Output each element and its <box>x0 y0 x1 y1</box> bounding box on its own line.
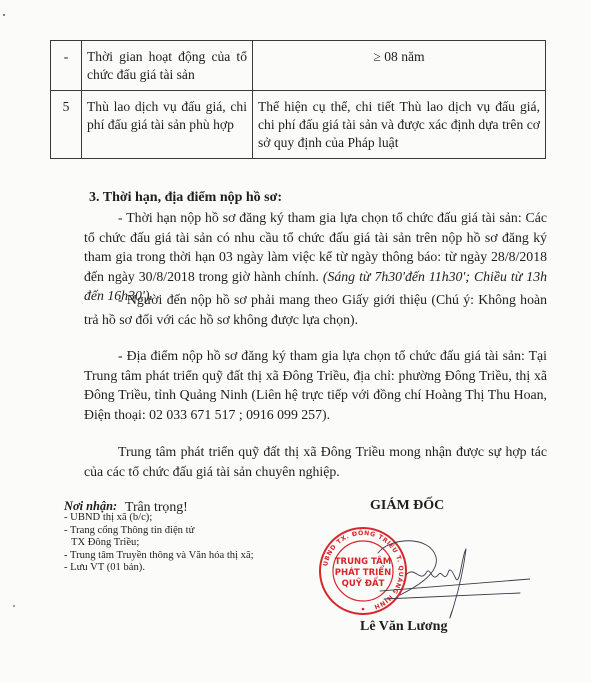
criteria-table: - Thời gian hoạt động của tổ chức đấu gi… <box>50 40 546 159</box>
introduction-letter-text: - Người đến nộp hồ sơ phải mang theo Giấ… <box>84 290 547 329</box>
signer-name: Lê Văn Lương <box>360 619 447 635</box>
requirement-cell: ≥ 08 năm <box>253 41 546 91</box>
criterion-cell: Thời gian hoạt động của tổ chức đấu giá … <box>82 41 253 91</box>
recipient-item: - Trung tâm Truyền thông và Văn hóa thị … <box>64 550 254 562</box>
row-number: - <box>51 41 82 91</box>
recipient-item: TX Đông Triều; <box>64 537 254 549</box>
handwritten-signature-icon <box>370 535 530 625</box>
introduction-letter-paragraph: - Người đến nộp hồ sơ phải mang theo Giấ… <box>84 290 547 329</box>
recipient-item: - Trang cổng Thông tin điện tử <box>64 525 254 537</box>
location-text: - Địa điểm nộp hồ sơ đăng ký tham gia lự… <box>84 346 547 424</box>
recipients-block: Nơi nhận: - UBND thị xã (b/c); - Trang c… <box>64 500 254 574</box>
cooperation-text: Trung tâm phát triển quỹ đất thị xã Đông… <box>84 442 547 481</box>
recipient-item: - UBND thị xã (b/c); <box>64 512 254 524</box>
table-row: - Thời gian hoạt động của tổ chức đấu gi… <box>51 41 546 91</box>
requirement-cell: Thể hiện cụ thể, chi tiết Thù lao dịch v… <box>253 91 546 159</box>
signer-position: GIÁM ĐỐC <box>370 498 444 514</box>
section-heading: 3. Thời hạn, địa điểm nộp hồ sơ: <box>89 190 282 206</box>
row-number: 5 <box>51 91 82 159</box>
scan-speck <box>3 14 5 16</box>
table-row: 5 Thù lao dịch vụ đấu giá, chi phí đấu g… <box>51 91 546 159</box>
cooperation-paragraph: Trung tâm phát triển quỹ đất thị xã Đông… <box>84 442 547 481</box>
location-paragraph: - Địa điểm nộp hồ sơ đăng ký tham gia lự… <box>84 346 547 424</box>
scan-speck <box>13 605 15 607</box>
recipient-item: - Lưu VT (01 bản). <box>64 562 254 574</box>
document-page: - Thời gian hoạt động của tổ chức đấu gi… <box>0 0 591 683</box>
recipients-title: Nơi nhận: <box>64 500 254 512</box>
criterion-cell: Thù lao dịch vụ đấu giá, chi phí đấu giá… <box>82 91 253 159</box>
